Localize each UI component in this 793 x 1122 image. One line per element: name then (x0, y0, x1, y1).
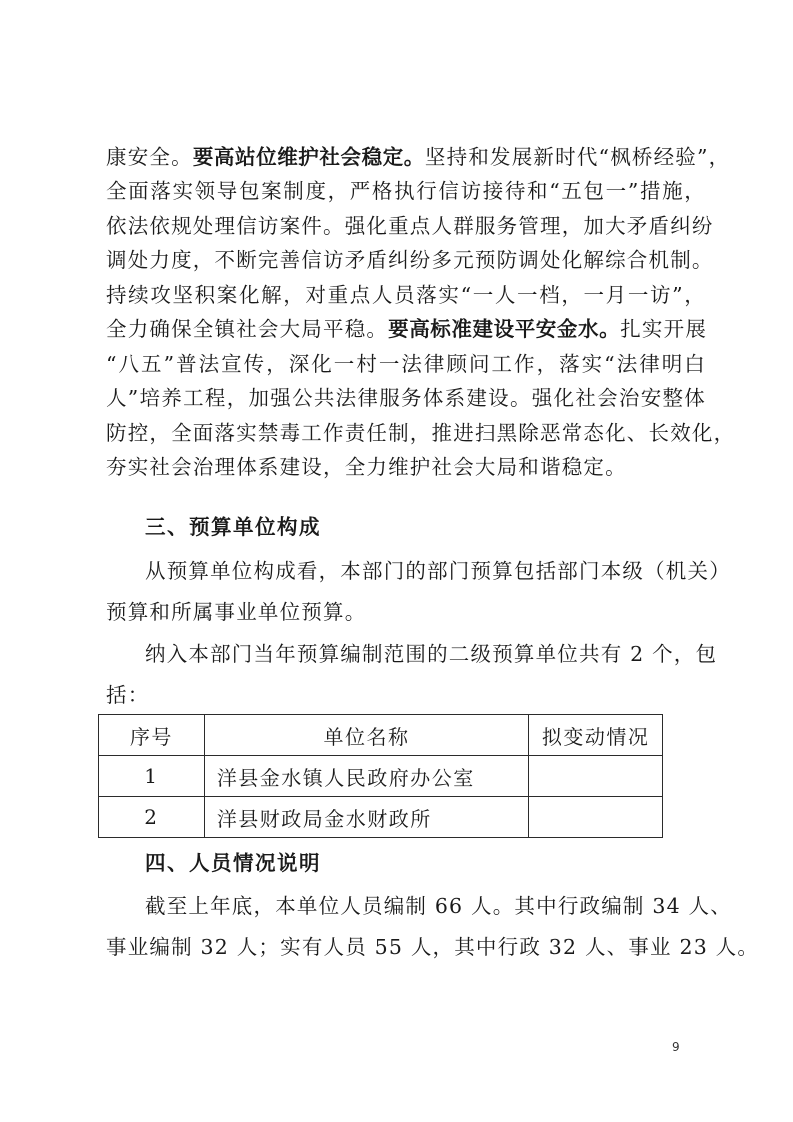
section-heading: 三、预算单位构成 (145, 512, 706, 542)
paragraph-line: 截至上年底，本单位人员编制 66 人。其中行政编制 34 人、 (145, 891, 706, 921)
paragraph-line: 夯实社会治理体系建设，全力维护社会大局和谐稳定。 (106, 452, 706, 482)
page-number: 9 (672, 1040, 680, 1054)
header-planned-change: 拟变动情况 (529, 715, 663, 756)
paragraph-line: 预算和所属事业单位预算。 (106, 597, 706, 627)
paragraph-line: 全面落实领导包案制度，严格执行信访接待和“五包一”措施， (106, 176, 706, 206)
table-row: 1 洋县金水镇人民政府办公室 (99, 756, 663, 797)
header-seq: 序号 (99, 715, 205, 756)
text-run: 扎实开展 (620, 317, 707, 341)
cell-planned-change (529, 797, 663, 838)
paragraph-line: 括： (106, 680, 706, 710)
bold-emphasis: 要高站位维护社会稳定。 (193, 145, 425, 169)
cell-seq: 1 (99, 756, 205, 797)
paragraph-line: 调处力度，不断完善信访矛盾纠纷多元预防调处化解综合机制。 (106, 245, 706, 275)
text-run: 康安全。 (106, 145, 193, 169)
paragraph-line: 纳入本部门当年预算编制范围的二级预算单位共有 2 个，包 (145, 639, 706, 669)
paragraph-line: 依法依规处理信访案件。强化重点人群服务管理，加大矛盾纠纷 (106, 211, 706, 241)
paragraph-line: 事业编制 32 人；实有人员 55 人，其中行政 32 人、事业 23 人。 (106, 932, 706, 962)
paragraph-line: 人”培养工程，加强公共法律服务体系建设。强化社会治安整体 (106, 383, 706, 413)
budget-units-table: 序号 单位名称 拟变动情况 1 洋县金水镇人民政府办公室 2 洋县财政局金水财政… (98, 714, 663, 838)
paragraph-line: 从预算单位构成看，本部门的部门预算包括部门本级（机关） (145, 556, 706, 586)
cell-unit-name: 洋县财政局金水财政所 (204, 797, 528, 838)
cell-unit-name: 洋县金水镇人民政府办公室 (204, 756, 528, 797)
paragraph-line: 防控，全面落实禁毒工作责任制，推进扫黑除恶常态化、长效化， (106, 418, 706, 448)
paragraph-line: 持续攻坚积案化解，对重点人员落实“一人一档，一月一访”， (106, 280, 706, 310)
table-row: 2 洋县财政局金水财政所 (99, 797, 663, 838)
document-page: 康安全。要高站位维护社会稳定。坚持和发展新时代“枫桥经验”， 全面落实领导包案制… (0, 0, 793, 1122)
section-heading: 四、人员情况说明 (145, 848, 706, 878)
text-run: 坚持和发展新时代“枫桥经验”， (425, 145, 730, 169)
header-unit-name: 单位名称 (204, 715, 528, 756)
bold-emphasis: 要高标准建设平安金水。 (388, 317, 620, 341)
paragraph-line: 康安全。要高站位维护社会稳定。坚持和发展新时代“枫桥经验”， (106, 142, 706, 172)
table-header-row: 序号 单位名称 拟变动情况 (99, 715, 663, 756)
paragraph-line: “八五”普法宣传，深化一村一法律顾问工作，落实“法律明白 (106, 349, 706, 379)
cell-seq: 2 (99, 797, 205, 838)
text-run: 全力确保全镇社会大局平稳。 (106, 317, 388, 341)
cell-planned-change (529, 756, 663, 797)
paragraph-line: 全力确保全镇社会大局平稳。要高标准建设平安金水。扎实开展 (106, 314, 706, 344)
